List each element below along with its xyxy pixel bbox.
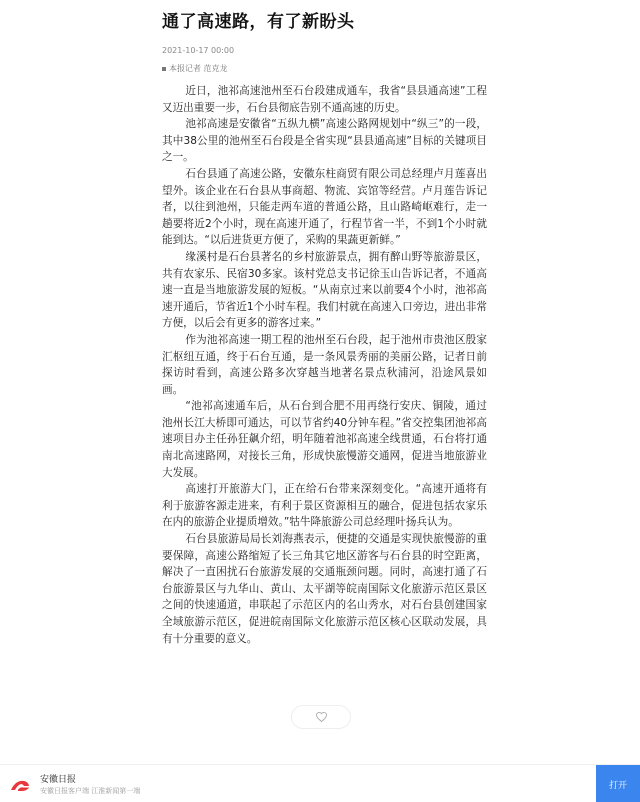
like-button[interactable] bbox=[291, 705, 351, 729]
paragraph: 近日，池祁高速池州至石台段建成通车，我省“县县通高速”工程又迈出重要一步，石台县… bbox=[162, 83, 487, 116]
paragraph: 缘溪村是石台县著名的乡村旅游景点，拥有醉山野等旅游景区，共有农家乐、民宿30多家… bbox=[162, 249, 487, 332]
bullet-icon bbox=[162, 67, 166, 71]
paragraph: 石台县旅游局局长刘海燕表示，便捷的交通是实现快旅慢游的重要保障，高速公路缩短了长… bbox=[162, 531, 487, 647]
paragraph: 池祁高速是安徽省“五纵九横”高速公路网规划中“纵三”的一段，其中38公里的池州至… bbox=[162, 116, 487, 166]
heart-icon bbox=[316, 712, 327, 722]
app-name: 安徽日报 bbox=[40, 772, 76, 785]
paragraph: “池祁高速通车后，从石台到合肥不用再绕行安庆、铜陵，通过池州长江大桥即可通达，可… bbox=[162, 398, 487, 481]
article-title: 通了高速路，有了新盼头 bbox=[162, 10, 487, 34]
paragraph: 石台县通了高速公路，安徽东柱商贸有限公司总经理卢月莲喜出望外。该企业在石台县从事… bbox=[162, 166, 487, 249]
author: 本报记者 范克龙 bbox=[169, 64, 228, 73]
article-body: 近日，池祁高速池州至石台段建成通车，我省“县县通高速”工程又迈出重要一步，石台县… bbox=[162, 83, 487, 647]
publish-date: 2021-10-17 00:00 bbox=[162, 45, 487, 57]
app-download-banner: 安徽日报 安徽日报客户端 江淮新闻第一端 打开 bbox=[0, 764, 640, 802]
paragraph: 高速打开旅游大门，正在给石台带来深刻变化。“高速开通将有利于旅游客源走进来，有利… bbox=[162, 481, 487, 531]
article: 通了高速路，有了新盼头 2021-10-17 00:00 本报记者 范克龙 近日… bbox=[162, 0, 487, 647]
app-logo-icon bbox=[10, 777, 30, 793]
open-app-button[interactable]: 打开 bbox=[596, 765, 640, 802]
byline: 本报记者 范克龙 bbox=[162, 63, 487, 75]
app-tagline: 安徽日报客户端 江淮新闻第一端 bbox=[40, 786, 140, 796]
paragraph: 作为池祁高速一期工程的池州至石台段，起于池州市贵池区殷家汇枢纽互通，终于石台互通… bbox=[162, 332, 487, 398]
